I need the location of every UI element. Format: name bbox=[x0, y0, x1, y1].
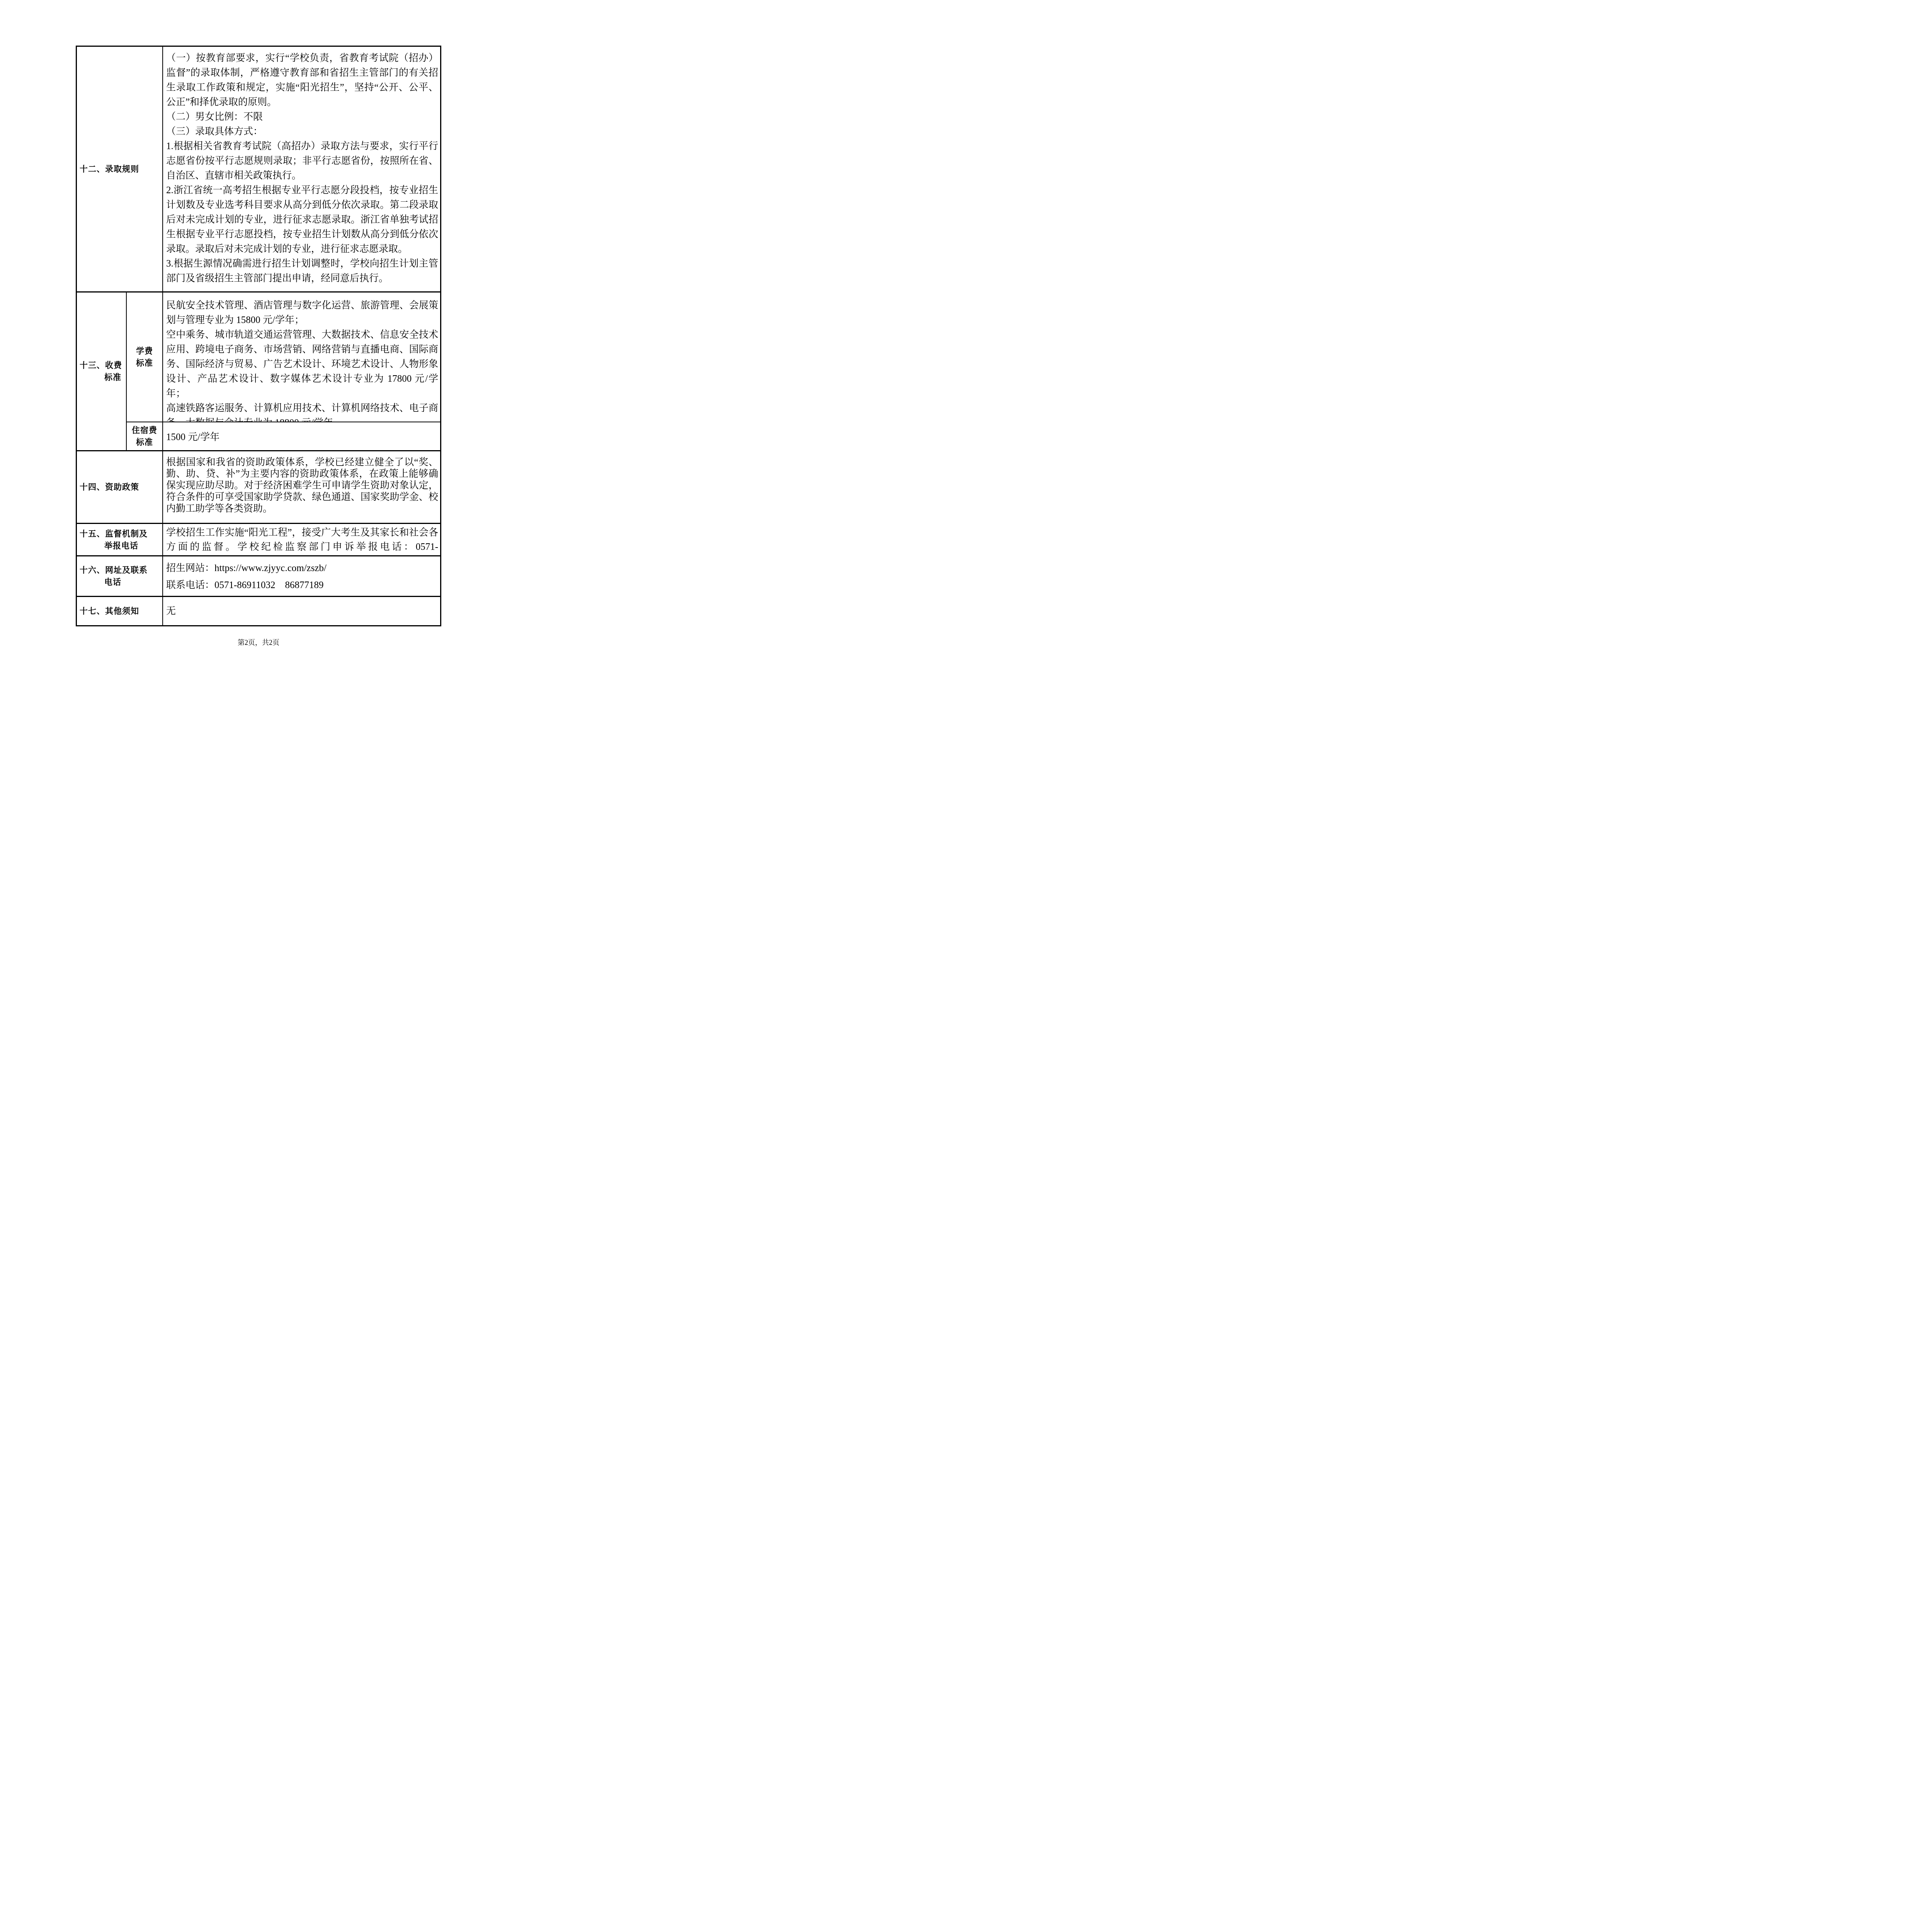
document-page: 十二、录取规则 （一）按教育部要求，实行“学校负责，省教育考试院（招办）监督”的… bbox=[0, 0, 479, 678]
page-footer: 第2页，共2页 bbox=[76, 638, 441, 647]
tuition-fee-label: 学费 标准 bbox=[127, 293, 163, 422]
table-row-website-contact: 十六、网址及联系 电话 招生网站：https://www.zjyyc.com/z… bbox=[77, 555, 440, 596]
other-notes-content: 无 bbox=[163, 597, 440, 625]
table-row-admission-rules: 十二、录取规则 （一）按教育部要求，实行“学校负责，省教育考试院（招办）监督”的… bbox=[77, 47, 440, 291]
row-label-fee-standard: 十三、收费 标准 bbox=[77, 293, 127, 450]
row-label-financial-aid: 十四、资助政策 bbox=[77, 451, 163, 523]
tuition-fee-subrow: 学费 标准 民航安全技术管理、酒店管理与数字化运营、旅游管理、会展策划与管理专业… bbox=[127, 293, 440, 422]
row-label-line2: 电话 bbox=[104, 576, 161, 588]
admission-rules-content: （一）按教育部要求，实行“学校负责，省教育考试院（招办）监督”的录取体制，严格遵… bbox=[163, 47, 440, 291]
fee-standard-subtable: 学费 标准 民航安全技术管理、酒店管理与数字化运营、旅游管理、会展策划与管理专业… bbox=[127, 293, 440, 450]
accommodation-fee-subrow: 住宿费 标准 1500 元/学年 bbox=[127, 422, 440, 450]
table-row-supervision: 十五、监督机制及 举报电话 学校招生工作实施“阳光工程”，接受广大考生及其家长和… bbox=[77, 523, 440, 555]
admission-method-item-1: 1.根据相关省教育考试院（高招办）录取方法与要求，实行平行志愿省份按平行志愿规则… bbox=[166, 139, 438, 183]
admission-method-item-3: 3.根据生源情况确需进行招生计划调整时，学校向招生计划主管部门及省级招生主管部门… bbox=[166, 257, 438, 286]
admission-method-item-2: 2.浙江省统一高考招生根据专业平行志愿分段投档，按专业招生计划数及专业选考科目要… bbox=[166, 183, 438, 257]
row-label-line1: 十六、网址及联系 bbox=[80, 564, 161, 576]
financial-aid-paragraph: 根据国家和我省的资助政策体系，学校已经建立健全了以“奖、勤、助、贷、补”为主要内… bbox=[166, 457, 438, 515]
admission-charter-table: 十二、录取规则 （一）按教育部要求，实行“学校负责，省教育考试院（招办）监督”的… bbox=[76, 46, 441, 626]
contact-phone-line: 联系电话：0571-86911032 86877189 bbox=[166, 577, 438, 594]
tuition-tier-15800: 民航安全技术管理、酒店管理与数字化运营、旅游管理、会展策划与管理专业为 1580… bbox=[166, 298, 438, 328]
table-row-fee-standard: 十三、收费 标准 学费 标准 民航安全技术管理、酒店管理与数字化运营、旅游管理、… bbox=[77, 291, 440, 450]
row-label-line2: 举报电话 bbox=[104, 540, 161, 552]
row-label-website-contact: 十六、网址及联系 电话 bbox=[77, 556, 163, 596]
row-label-other-notes: 十七、其他须知 bbox=[77, 597, 163, 625]
other-notes-value: 无 bbox=[166, 606, 176, 616]
row-label-supervision: 十五、监督机制及 举报电话 bbox=[77, 524, 163, 555]
supervision-content: 学校招生工作实施“阳光工程”，接受广大考生及其家长和社会各方面的监督。学校纪检监… bbox=[163, 524, 440, 555]
row-label-text: 十二、录取规则 bbox=[80, 163, 161, 175]
tuition-fee-content: 民航安全技术管理、酒店管理与数字化运营、旅游管理、会展策划与管理专业为 1580… bbox=[163, 293, 440, 422]
tuition-tier-18800: 高速铁路客运服务、计算机应用技术、计算机网络技术、电子商务、大数据与会计专业为 … bbox=[166, 401, 438, 422]
accommodation-fee-label: 住宿费 标准 bbox=[127, 422, 163, 450]
row-label-line1: 十五、监督机制及 bbox=[80, 528, 161, 540]
row-label-text: 十四、资助政策 bbox=[80, 481, 161, 493]
gender-ratio-paragraph: （二）男女比例：不限 bbox=[166, 110, 438, 124]
row-label-text: 十七、其他须知 bbox=[80, 605, 161, 617]
row-label-line1: 十三、收费 bbox=[80, 359, 124, 371]
table-row-financial-aid: 十四、资助政策 根据国家和我省的资助政策体系，学校已经建立健全了以“奖、勤、助、… bbox=[77, 450, 440, 523]
tuition-tier-17800: 空中乘务、城市轨道交通运营管理、大数据技术、信息安全技术应用、跨境电子商务、市场… bbox=[166, 328, 438, 401]
row-label-admission-rules: 十二、录取规则 bbox=[77, 47, 163, 291]
admission-method-heading: （三）录取具体方式： bbox=[166, 124, 438, 139]
table-row-other-notes: 十七、其他须知 无 bbox=[77, 596, 440, 625]
financial-aid-content: 根据国家和我省的资助政策体系，学校已经建立健全了以“奖、勤、助、贷、补”为主要内… bbox=[163, 451, 440, 523]
website-contact-content: 招生网站：https://www.zjyyc.com/zszb/ 联系电话：05… bbox=[163, 556, 440, 596]
row-label-line2: 标准 bbox=[104, 371, 124, 383]
accommodation-fee-value: 1500 元/学年 bbox=[166, 429, 219, 443]
accommodation-fee-content: 1500 元/学年 bbox=[163, 422, 440, 450]
recruitment-system-paragraph: （一）按教育部要求，实行“学校负责，省教育考试院（招办）监督”的录取体制，严格遵… bbox=[166, 51, 438, 110]
supervision-paragraph: 学校招生工作实施“阳光工程”，接受广大考生及其家长和社会各方面的监督。学校纪检监… bbox=[166, 526, 438, 555]
admission-website-line: 招生网站：https://www.zjyyc.com/zszb/ bbox=[166, 560, 438, 577]
